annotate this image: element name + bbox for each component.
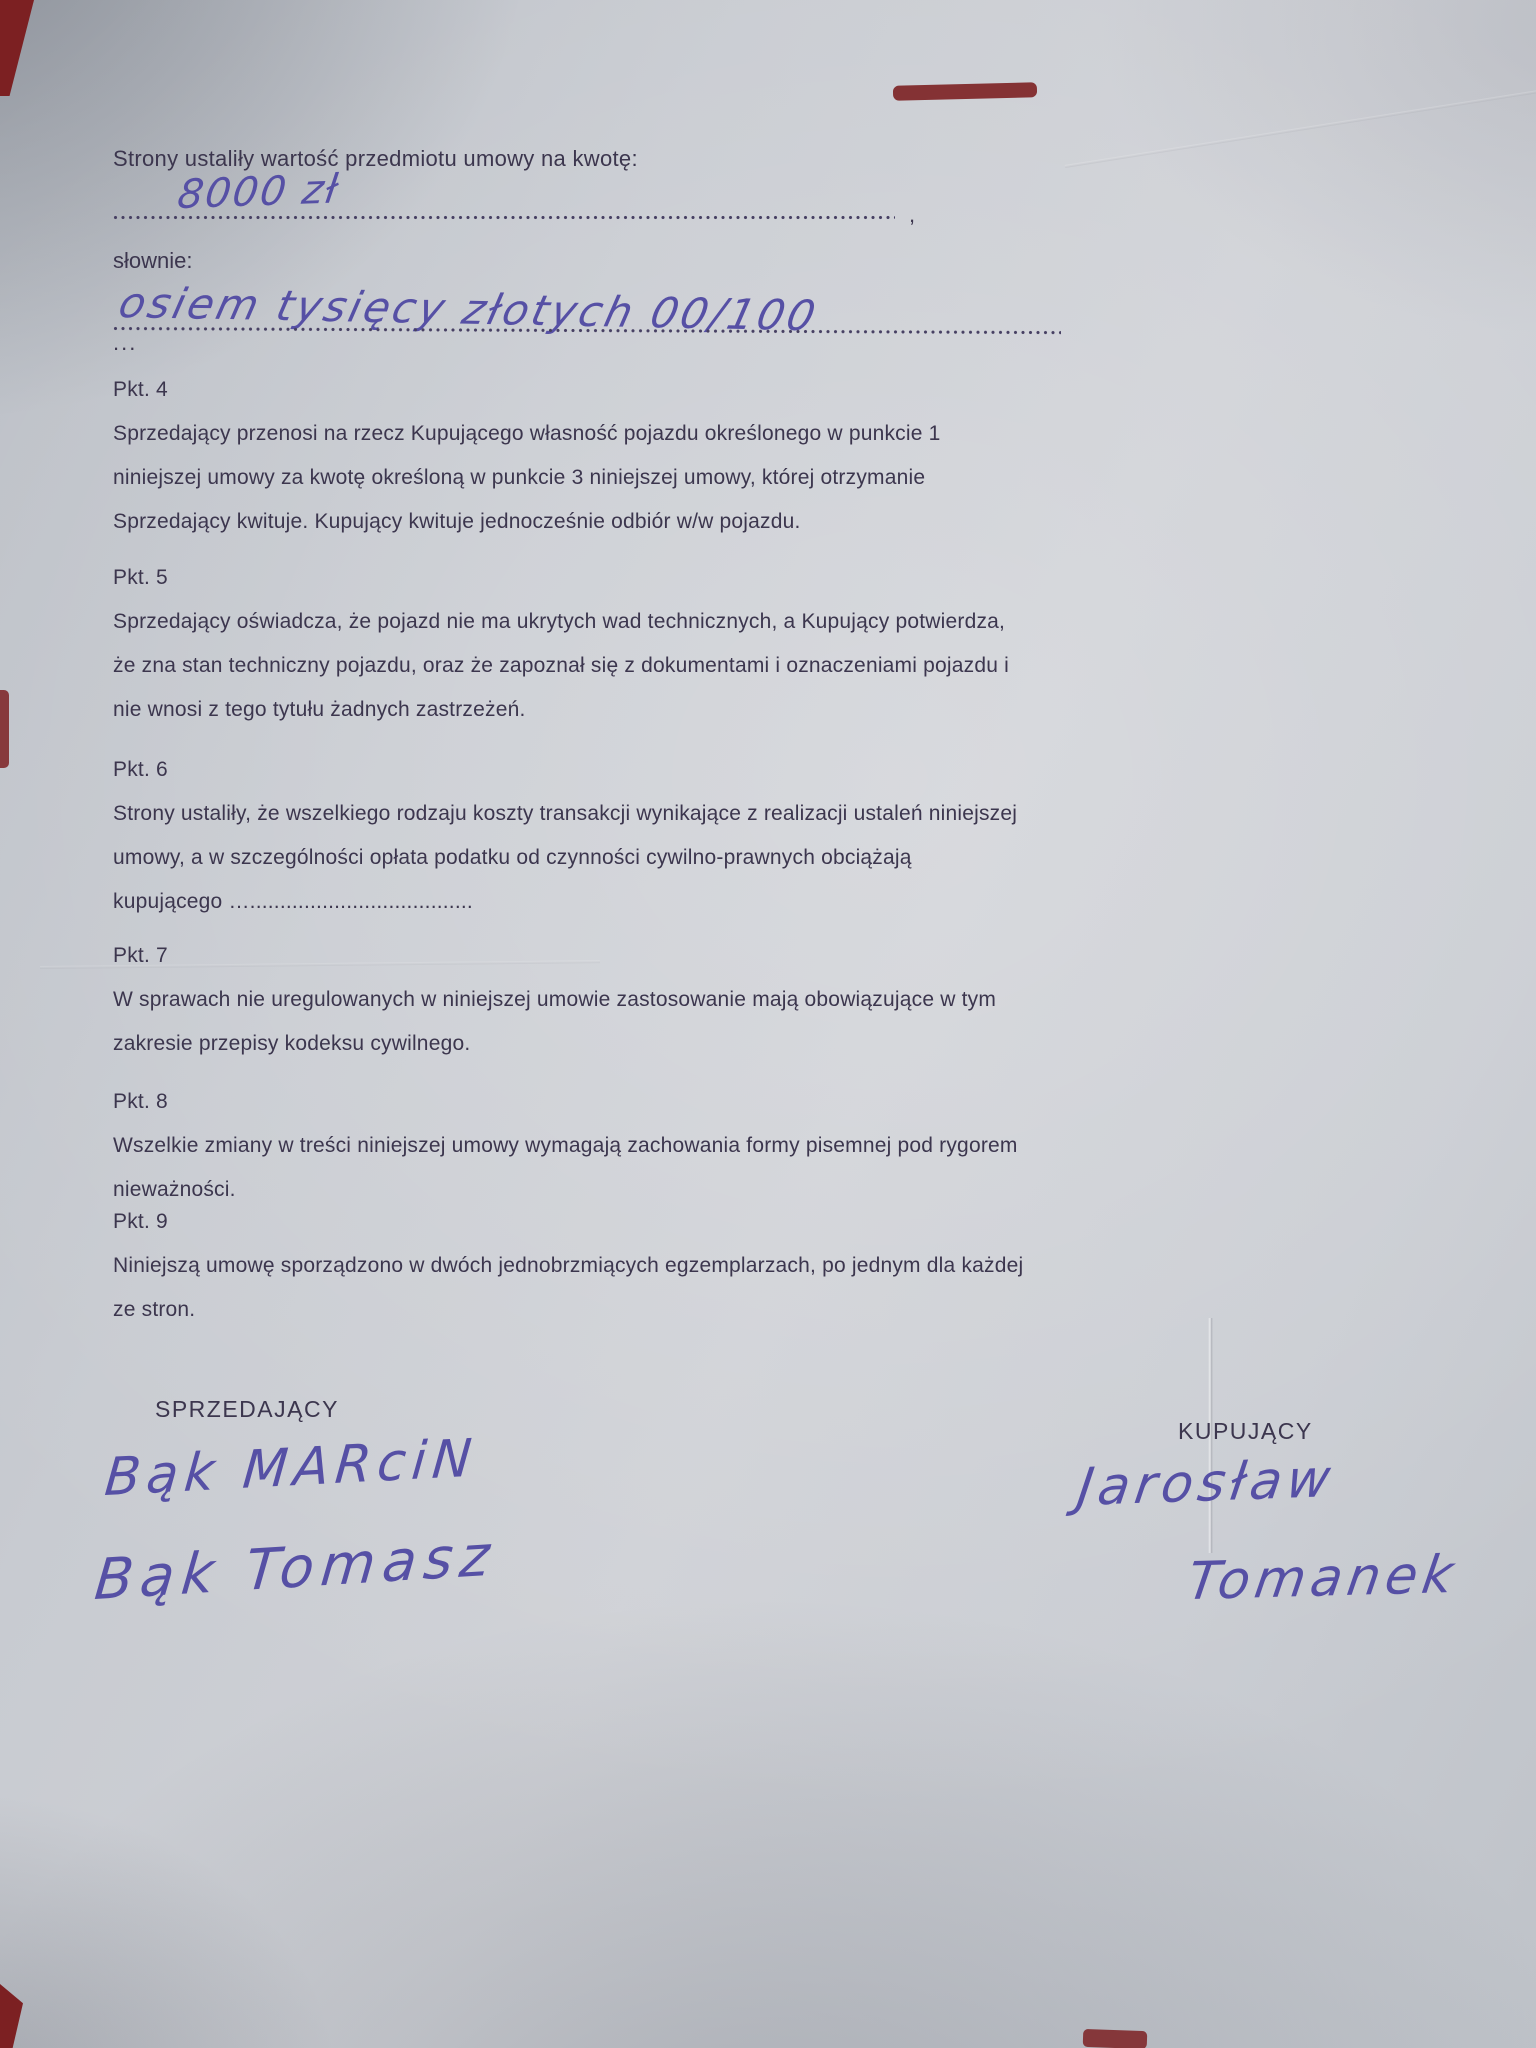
point-text-line: nie wnosi z tego tytułu żadnych zastrzeż…: [113, 688, 1009, 732]
point-5: Pkt. 5 Sprzedający oświadcza, że pojazd …: [113, 556, 1009, 732]
point-label: Pkt. 5: [113, 556, 1009, 600]
point-text-line: niniejszej umowy za kwotę określoną w pu…: [113, 456, 941, 500]
paper-crease-top-right: [1065, 90, 1536, 168]
point-text-line: że zna stan techniczny pojazdu, oraz że …: [113, 644, 1009, 688]
trailing-comma: ,: [909, 210, 915, 220]
point-label: Pkt. 8: [113, 1080, 1018, 1124]
point-text-line: ze stron.: [113, 1288, 1023, 1332]
point-text-line: W sprawach nie uregulowanych w niniejsze…: [113, 978, 996, 1022]
buyer-label: KUPUJĄCY: [1178, 1418, 1313, 1445]
dotted-fill-line: [113, 215, 895, 220]
point-9: Pkt. 9 Niniejszą umowę sporządzono w dwó…: [113, 1200, 1023, 1332]
seller-label: SPRZEDAJĄCY: [155, 1396, 339, 1423]
point-text-line: umowy, a w szczególności opłata podatku …: [113, 836, 1017, 880]
point-text-line: Niniejszą umowę sporządzono w dwóch jedn…: [113, 1244, 1023, 1288]
point-text-line: Sprzedający kwituje. Kupujący kwituje je…: [113, 500, 941, 544]
point-label: Pkt. 7: [113, 934, 996, 978]
point-label: Pkt. 9: [113, 1200, 1023, 1244]
point-text-line: kupującego …............................…: [113, 880, 1017, 924]
buyer-signature-line1: Jarosław: [1074, 1449, 1339, 1518]
red-edge-mark-bottom-right: [1083, 2029, 1148, 2048]
ellipsis-mark: ...: [113, 330, 137, 356]
point-label: Pkt. 4: [113, 368, 941, 412]
seller-signature-line1: Bąk MARciN: [102, 1428, 479, 1508]
point-6: Pkt. 6 Strony ustaliły, że wszelkiego ro…: [113, 748, 1017, 924]
point-text-line: Strony ustaliły, że wszelkiego rodzaju k…: [113, 792, 1017, 836]
red-edge-mark-top-left: [0, 0, 34, 96]
point-text-line: Sprzedający oświadcza, że pojazd nie ma …: [113, 600, 1009, 644]
in-words-label: słownie:: [113, 248, 192, 274]
point-text-line: Wszelkie zmiany w treści niniejszej umow…: [113, 1124, 1018, 1168]
buyer-signature-line2: Tomanek: [1183, 1545, 1462, 1612]
point-8: Pkt. 8 Wszelkie zmiany w treści niniejsz…: [113, 1080, 1018, 1212]
value-clause-intro: Strony ustaliły wartość przedmiotu umowy…: [113, 146, 638, 172]
point-7: Pkt. 7 W sprawach nie uregulowanych w ni…: [113, 934, 996, 1066]
point-label: Pkt. 6: [113, 748, 1017, 792]
point-4: Pkt. 4 Sprzedający przenosi na rzecz Kup…: [113, 368, 941, 544]
point-text-line: zakresie przepisy kodeksu cywilnego.: [113, 1022, 996, 1066]
red-edge-mark-bottom-left: [0, 1984, 23, 2048]
point-text-line: Sprzedający przenosi na rzecz Kupującego…: [113, 412, 941, 456]
red-edge-mark-top-streak: [893, 82, 1037, 101]
red-edge-mark-left: [0, 690, 9, 768]
photographed-contract-page: Strony ustaliły wartość przedmiotu umowy…: [0, 0, 1536, 2048]
amount-dotted-line-row: ,: [113, 210, 915, 220]
seller-signature-line2: Bąk Tomasz: [92, 1523, 500, 1613]
